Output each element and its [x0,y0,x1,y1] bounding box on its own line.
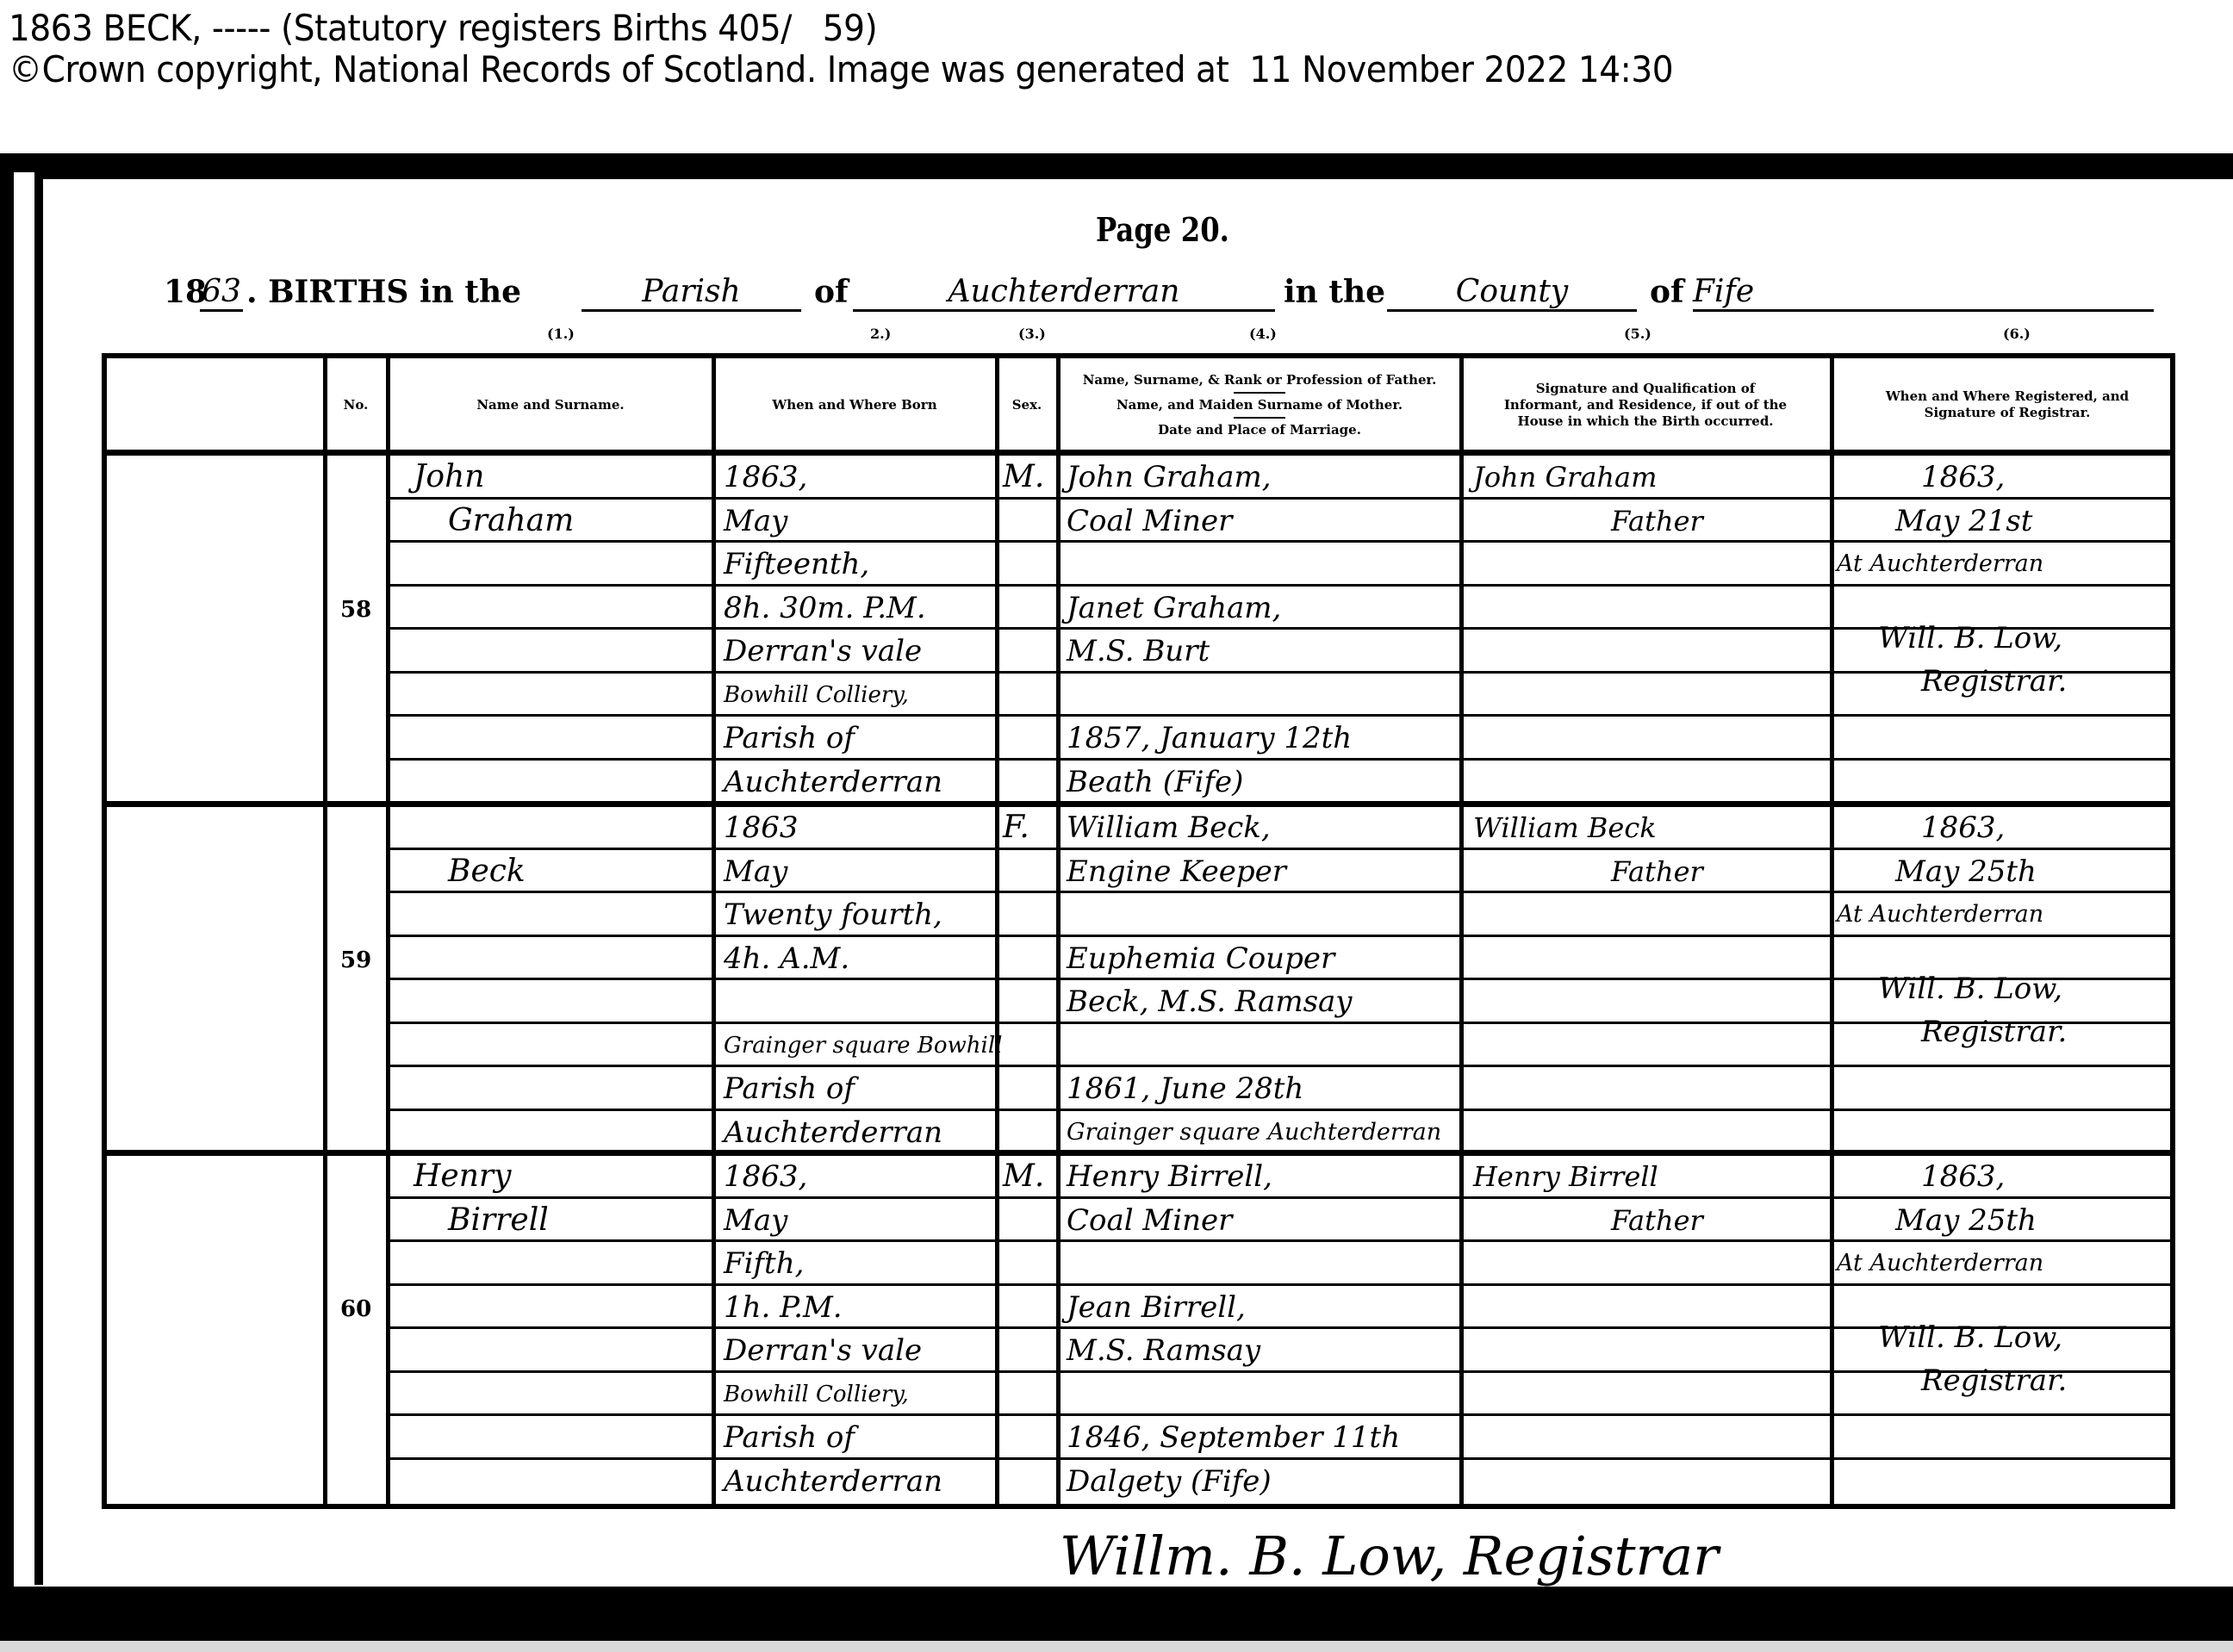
entry-born: 1863 [724,810,799,845]
ruled-line [713,1457,995,1460]
column-number: 2.) [870,326,891,342]
entry-parents: Janet Graham, [1067,591,1281,625]
entry-parents: M.S. Ramsay [1067,1333,1260,1368]
ruled-line [997,627,1056,630]
region-type: County [1387,274,1637,312]
ruled-line [388,1457,712,1460]
entry-informant: Father [1611,504,1703,538]
ruled-line [1832,758,2172,761]
ruled-line [1461,1196,1830,1199]
entry-born: 8h. 30m. P.M. [724,591,926,625]
ruled-line [713,935,995,937]
ruled-line [388,1413,712,1416]
ruled-line [997,891,1056,893]
entry-parents: Euphemia Couper [1067,941,1334,976]
ruled-line [388,1239,712,1242]
entry-born: Parish of [724,1071,855,1106]
ruled-line [713,848,995,850]
entry-born: Fifth, [724,1246,804,1281]
entry-sex: M. [1003,460,1044,494]
ruled-line [1461,1065,1830,1067]
ruled-line [713,891,995,893]
ruled-line [1461,540,1830,543]
entry-registered: Will. B. Low, [1878,972,2062,1006]
ruled-line [997,1326,1056,1329]
ruled-line [1058,1239,1459,1242]
ruled-line [997,1109,1056,1111]
entry-born: Twenty fourth, [724,897,942,932]
ruled-line [388,1370,712,1373]
entry-parents: Beck, M.S. Ramsay [1067,984,1353,1019]
ruled-line [388,1326,712,1329]
ruled-line [388,1065,712,1067]
ruled-line [997,1283,1056,1286]
ruled-line [1832,1457,2172,1460]
births-label: . BIRTHS in the [246,274,521,310]
entry-parents: William Beck, [1067,810,1271,845]
ruled-line [1461,671,1830,674]
col-header-mother: Name, and Maiden Surname of Mother. [1116,397,1403,413]
ruled-line [1058,1370,1459,1373]
column-divider [712,353,716,1509]
entry-parents: John Graham, [1067,460,1272,494]
entry-born: May [724,854,787,889]
ruled-line [1832,497,2172,500]
ruled-line [388,671,712,674]
ruled-line [388,1196,712,1199]
division-type: Parish [582,274,801,312]
ruled-line [1058,1283,1459,1286]
entry-born: Auchterderran [724,765,942,799]
column-number: (4.) [1249,326,1277,342]
ruled-line [713,627,995,630]
entry-registered: 1863, [1921,810,2005,845]
entry-registered: May 25th [1895,854,2037,889]
entry-number: 59 [340,947,371,973]
ruled-line [1832,1239,2172,1242]
ruled-line [1058,1065,1459,1067]
entry-sex: M. [1003,1159,1044,1194]
ruled-line [1832,540,2172,543]
of-label-2: of [1650,274,1684,310]
ruled-line [997,848,1056,850]
col-header-registered: When and Where Registered, and Signature… [1869,362,2145,448]
col-header-no: No. [327,362,384,448]
scan-margin [0,1641,2233,1652]
ruled-line [1832,714,2172,717]
ruled-line [388,758,712,761]
entry-registered: At Auchterderran [1837,1246,2043,1281]
entry-registered: 1863, [1921,460,2005,494]
ruled-line [1058,1326,1459,1329]
county-name: Fife [1693,274,2154,312]
ruled-line [1461,1370,1830,1373]
entry-parents: 1846, September 11th [1067,1420,1400,1455]
column-divider [1459,353,1464,1509]
entry-registered: Will. B. Low, [1878,1320,2062,1355]
entry-born: Auchterderran [724,1464,942,1499]
ruled-line [1058,978,1459,980]
column-divider [1056,353,1061,1509]
ruled-line [1832,1413,2172,1416]
ruled-line [1461,1457,1830,1460]
header-divider [102,450,2175,456]
ruled-line [713,1326,995,1329]
ruled-line [1832,1065,2172,1067]
col-header-name: Name and Surname. [390,362,711,448]
entry-registered: Will. B. Low, [1878,621,2062,655]
ruled-line [1461,627,1830,630]
ruled-line [713,758,995,761]
entry-born: May [724,504,787,538]
ruled-line [713,1239,995,1242]
ruled-line [388,1283,712,1286]
entry-born: 4h. A.M. [724,941,849,976]
entry-registered: Registrar. [1921,664,2067,699]
entry-born: Derran's vale [724,634,922,668]
ruled-line [1461,758,1830,761]
entry-born: Bowhill Colliery, [724,1377,909,1412]
col-header-sex: Sex. [999,362,1054,448]
ruled-line [713,1109,995,1111]
ruled-line [388,935,712,937]
entry-born: 1863, [724,460,807,494]
entry-born: 1h. P.M. [724,1290,843,1325]
entry-name: Birrell [448,1203,549,1238]
entry-registered: Registrar. [1921,1015,2067,1049]
entry-registered: At Auchterderran [1837,897,2043,932]
ruled-line [1058,1413,1459,1416]
column-number: (5.) [1624,326,1651,342]
ruled-line [997,497,1056,500]
ruled-line [1058,1022,1459,1024]
ruled-line [713,671,995,674]
ruled-line [997,540,1056,543]
ruled-line [997,1239,1056,1242]
ruled-line [1832,891,2172,893]
ruled-line [1058,891,1459,893]
ruled-line [1058,584,1459,587]
ruled-line [1058,671,1459,674]
ruled-line [713,1022,995,1024]
of-label: of [814,274,849,310]
ruled-line [713,714,995,717]
entry-parents: Jean Birrell, [1067,1290,1246,1325]
ruled-line [1058,714,1459,717]
ruled-line [713,497,995,500]
register-title: 18 63 . BIRTHS in the Parish of Auchterd… [164,274,2154,317]
ruled-line [1832,935,2172,937]
record-title: 1863 BECK, ----- (Statutory registers Bi… [9,7,877,50]
ruled-line [1832,848,2172,850]
ruled-line [713,1065,995,1067]
entry-divider [102,801,2175,807]
registrar-signature: Willm. B. Low, Registrar [1060,1525,1719,1587]
ruled-line [997,935,1056,937]
entry-informant: Father [1611,1203,1703,1238]
ruled-line [997,714,1056,717]
col-header-parents: Name, Surname, & Rank or Profession of F… [1061,362,1459,448]
entry-number: 60 [340,1296,371,1322]
page-border-top [34,172,2233,179]
ruled-line [1461,1413,1830,1416]
ruled-line [1461,714,1830,717]
entry-born: Bowhill Colliery, [724,678,909,712]
ruled-line [1832,584,2172,587]
ruled-line [997,584,1056,587]
column-number: (1.) [547,326,575,342]
entry-parents: Beath (Fife) [1067,765,1243,799]
ruled-line [388,848,712,850]
ruled-line [1058,497,1459,500]
ruled-line [1461,1326,1830,1329]
ruled-line [997,1370,1056,1373]
page-border-left [34,172,43,1585]
entry-born: 1863, [724,1159,807,1194]
entry-registered: At Auchterderran [1837,547,2043,581]
ruled-line [1461,848,1830,850]
entry-informant: John Graham [1473,460,1657,494]
page-number: Page 20. [1096,210,1229,249]
entry-divider [102,1150,2175,1156]
ruled-line [713,1370,995,1373]
entry-born: Derran's vale [724,1333,922,1368]
entry-sex: F. [1003,810,1029,845]
ruled-line [1058,1196,1459,1199]
ruled-line [713,1196,995,1199]
entry-born: Auchterderran [724,1115,942,1150]
ruled-line [1461,978,1830,980]
entry-parents: Coal Miner [1067,1203,1232,1238]
entry-registered: Registrar. [1921,1363,2067,1398]
parish-name: Auchterderran [853,274,1275,312]
ruled-line [1461,935,1830,937]
ruled-line [1058,758,1459,761]
col-header-informant: Signature and Qualification of Informant… [1499,362,1792,448]
entry-name: Henry [414,1159,511,1194]
ruled-line [388,1109,712,1111]
entry-born: Fifteenth, [724,547,869,581]
ruled-line [1058,935,1459,937]
scan-border-top [0,153,2233,172]
entry-parents: Henry Birrell, [1067,1159,1272,1194]
ruled-line [1461,584,1830,587]
ruled-line [997,671,1056,674]
ruled-line [713,978,995,980]
entry-registered: 1863, [1921,1159,2005,1194]
ruled-line [1461,1283,1830,1286]
ruled-line [997,1065,1056,1067]
column-number: (6.) [2003,326,2031,342]
entry-name: John [414,460,484,494]
entry-parents: Engine Keeper [1067,854,1286,889]
ruled-line [388,891,712,893]
year-suffix: 63 [200,274,243,312]
ruled-line [1461,1239,1830,1242]
divider-rule [1234,392,1285,394]
ruled-line [1832,1196,2172,1199]
ruled-line [1461,1109,1830,1111]
ruled-line [997,978,1056,980]
entry-name: Graham [448,504,574,538]
ruled-line [997,1457,1056,1460]
ruled-line [1058,848,1459,850]
col-header-father: Name, Surname, & Rank or Profession of F… [1083,372,1437,388]
ruled-line [388,497,712,500]
entry-informant: Father [1611,854,1703,889]
ruled-line [1058,627,1459,630]
divider-rule [1234,417,1285,419]
ruled-line [388,540,712,543]
scan-border-left [0,164,14,1593]
ruled-line [1832,1283,2172,1286]
col-header-born: When and Where Born [716,362,993,448]
entry-born: Parish of [724,721,855,755]
ruled-line [997,1413,1056,1416]
ruled-line [388,978,712,980]
ruled-line [1058,540,1459,543]
entry-number: 58 [340,597,371,623]
entry-name: Beck [448,854,526,889]
entry-parents: M.S. Burt [1067,634,1210,668]
entry-born: Parish of [724,1420,855,1455]
in-the-label: in the [1284,274,1385,310]
entry-born: May [724,1203,787,1238]
column-divider [323,353,327,1509]
entry-parents: Coal Miner [1067,504,1232,538]
ruled-line [1832,1109,2172,1111]
entry-informant: Henry Birrell [1473,1159,1658,1194]
ruled-line [997,1196,1056,1199]
entry-parents: Grainger square Auchterderran [1067,1115,1441,1150]
column-number: (3.) [1018,326,1046,342]
entry-born: Grainger square Bowhill [724,1028,1003,1063]
col-header-marriage: Date and Place of Marriage. [1158,422,1361,438]
column-divider [1830,353,1834,1509]
ruled-line [388,627,712,630]
ruled-line [1461,891,1830,893]
copyright-notice: ©Crown copyright, National Records of Sc… [9,48,1673,91]
ruled-line [1058,1457,1459,1460]
entry-registered: May 25th [1895,1203,2037,1238]
ruled-line [713,1283,995,1286]
ruled-line [997,758,1056,761]
entry-parents: 1861, June 28th [1067,1071,1303,1106]
entry-registered: May 21st [1895,504,2032,538]
column-divider [995,353,999,1509]
ruled-line [997,1022,1056,1024]
ruled-line [388,1022,712,1024]
ruled-line [713,1413,995,1416]
ruled-line [388,584,712,587]
column-divider [386,353,390,1509]
ruled-line [713,540,995,543]
ruled-line [388,714,712,717]
ruled-line [713,584,995,587]
entry-parents: Dalgety (Fife) [1067,1464,1272,1499]
entry-informant: William Beck [1473,810,1657,845]
ruled-line [1058,1109,1459,1111]
entry-parents: 1857, January 12th [1067,721,1352,755]
ruled-line [1461,497,1830,500]
scan-border-bottom [0,1587,2233,1641]
ruled-line [1461,1022,1830,1024]
